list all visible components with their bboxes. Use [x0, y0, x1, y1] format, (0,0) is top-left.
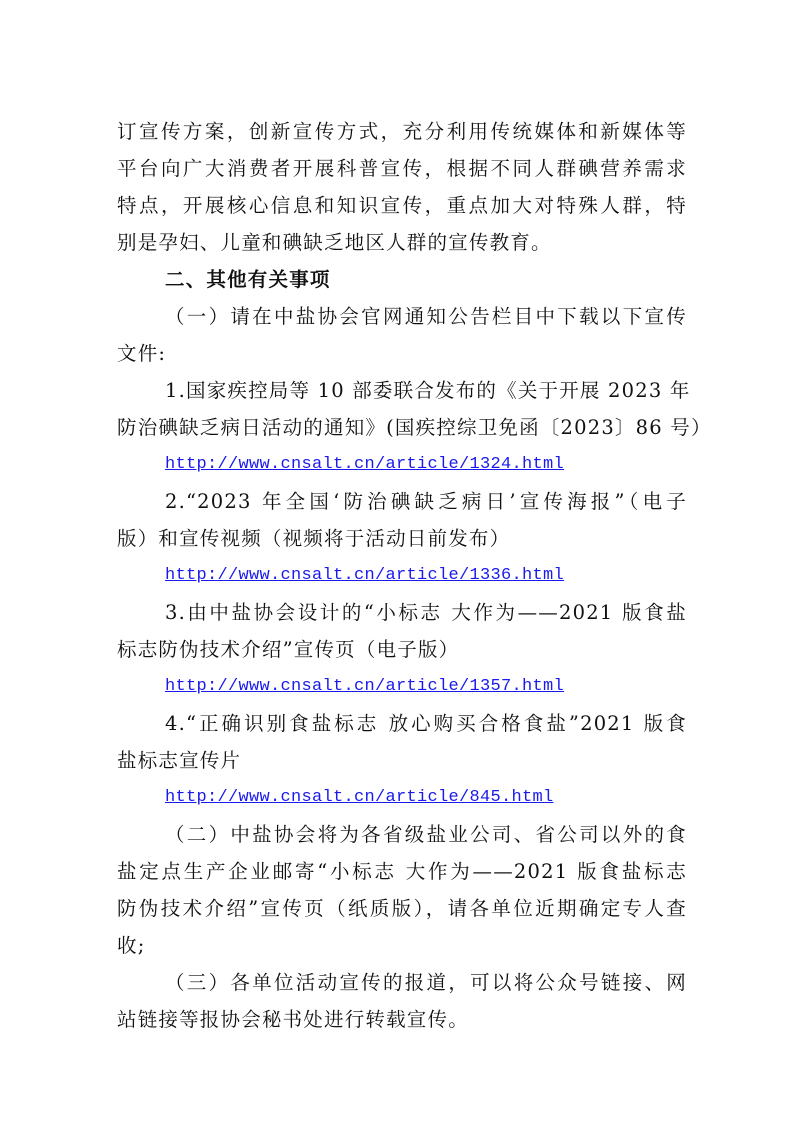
item-1-line: 文件: [117, 342, 687, 366]
paragraph-line: 特点，开展核心信息和知识宣传，重点加大对特殊人群，特 [117, 194, 687, 218]
file-4-line: 4.“正确识别食盐标志 放心购买合格食盐”2021 版食 [165, 712, 687, 736]
item-2-line: 防伪技术介绍”宣传页（纸质版），请各单位近期确定专人查 [117, 897, 687, 921]
item-2-line: 盐定点生产企业邮寄“小标志 大作为——2021 版食盐标志 [117, 860, 687, 884]
file-2-link[interactable]: http://www.cnsalt.cn/article/1336.html [165, 565, 564, 587]
file-3-line: 标志防伪技术介绍”宣传页（电子版） [117, 638, 687, 662]
item-2-line: （二）中盐协会将为各省级盐业公司、省公司以外的食 [165, 823, 687, 847]
file-2-line: 版）和宣传视频（视频将于活动日前发布） [117, 527, 687, 551]
file-1-link[interactable]: http://www.cnsalt.cn/article/1324.html [165, 454, 564, 476]
file-3-line: 3.由中盐协会设计的“小标志 大作为——2021 版食盐 [165, 601, 687, 625]
item-3-line: （三）各单位活动宣传的报道，可以将公众号链接、网 [165, 971, 687, 995]
file-3-link[interactable]: http://www.cnsalt.cn/article/1357.html [165, 676, 564, 698]
item-1-line: （一）请在中盐协会官网通知公告栏目中下载以下宣传 [165, 305, 687, 329]
file-1-line: 1.国家疾控局等 10 部委联合发布的《关于开展 2023 年 [165, 379, 687, 403]
section-heading: 二、其他有关事项 [165, 268, 687, 292]
paragraph-line: 订宣传方案，创新宣传方式，充分利用传统媒体和新媒体等 [117, 120, 687, 144]
paragraph-line: 平台向广大消费者开展科普宣传，根据不同人群碘营养需求 [117, 157, 687, 181]
file-2-line: 2.“2023 年全国‘防治碘缺乏病日’宣传海报”（电子 [165, 490, 687, 514]
item-2-line: 收; [117, 934, 687, 958]
paragraph-line: 别是孕妇、儿童和碘缺乏地区人群的宣传教育。 [117, 231, 687, 255]
file-1-line: 防治碘缺乏病日活动的通知》(国疾控综卫免函〔2023〕86 号） [117, 416, 687, 440]
file-4-link[interactable]: http://www.cnsalt.cn/article/845.html [165, 787, 554, 809]
file-4-line: 盐标志宣传片 [117, 749, 687, 773]
item-3-line: 站链接等报协会秘书处进行转载宣传。 [117, 1008, 687, 1032]
